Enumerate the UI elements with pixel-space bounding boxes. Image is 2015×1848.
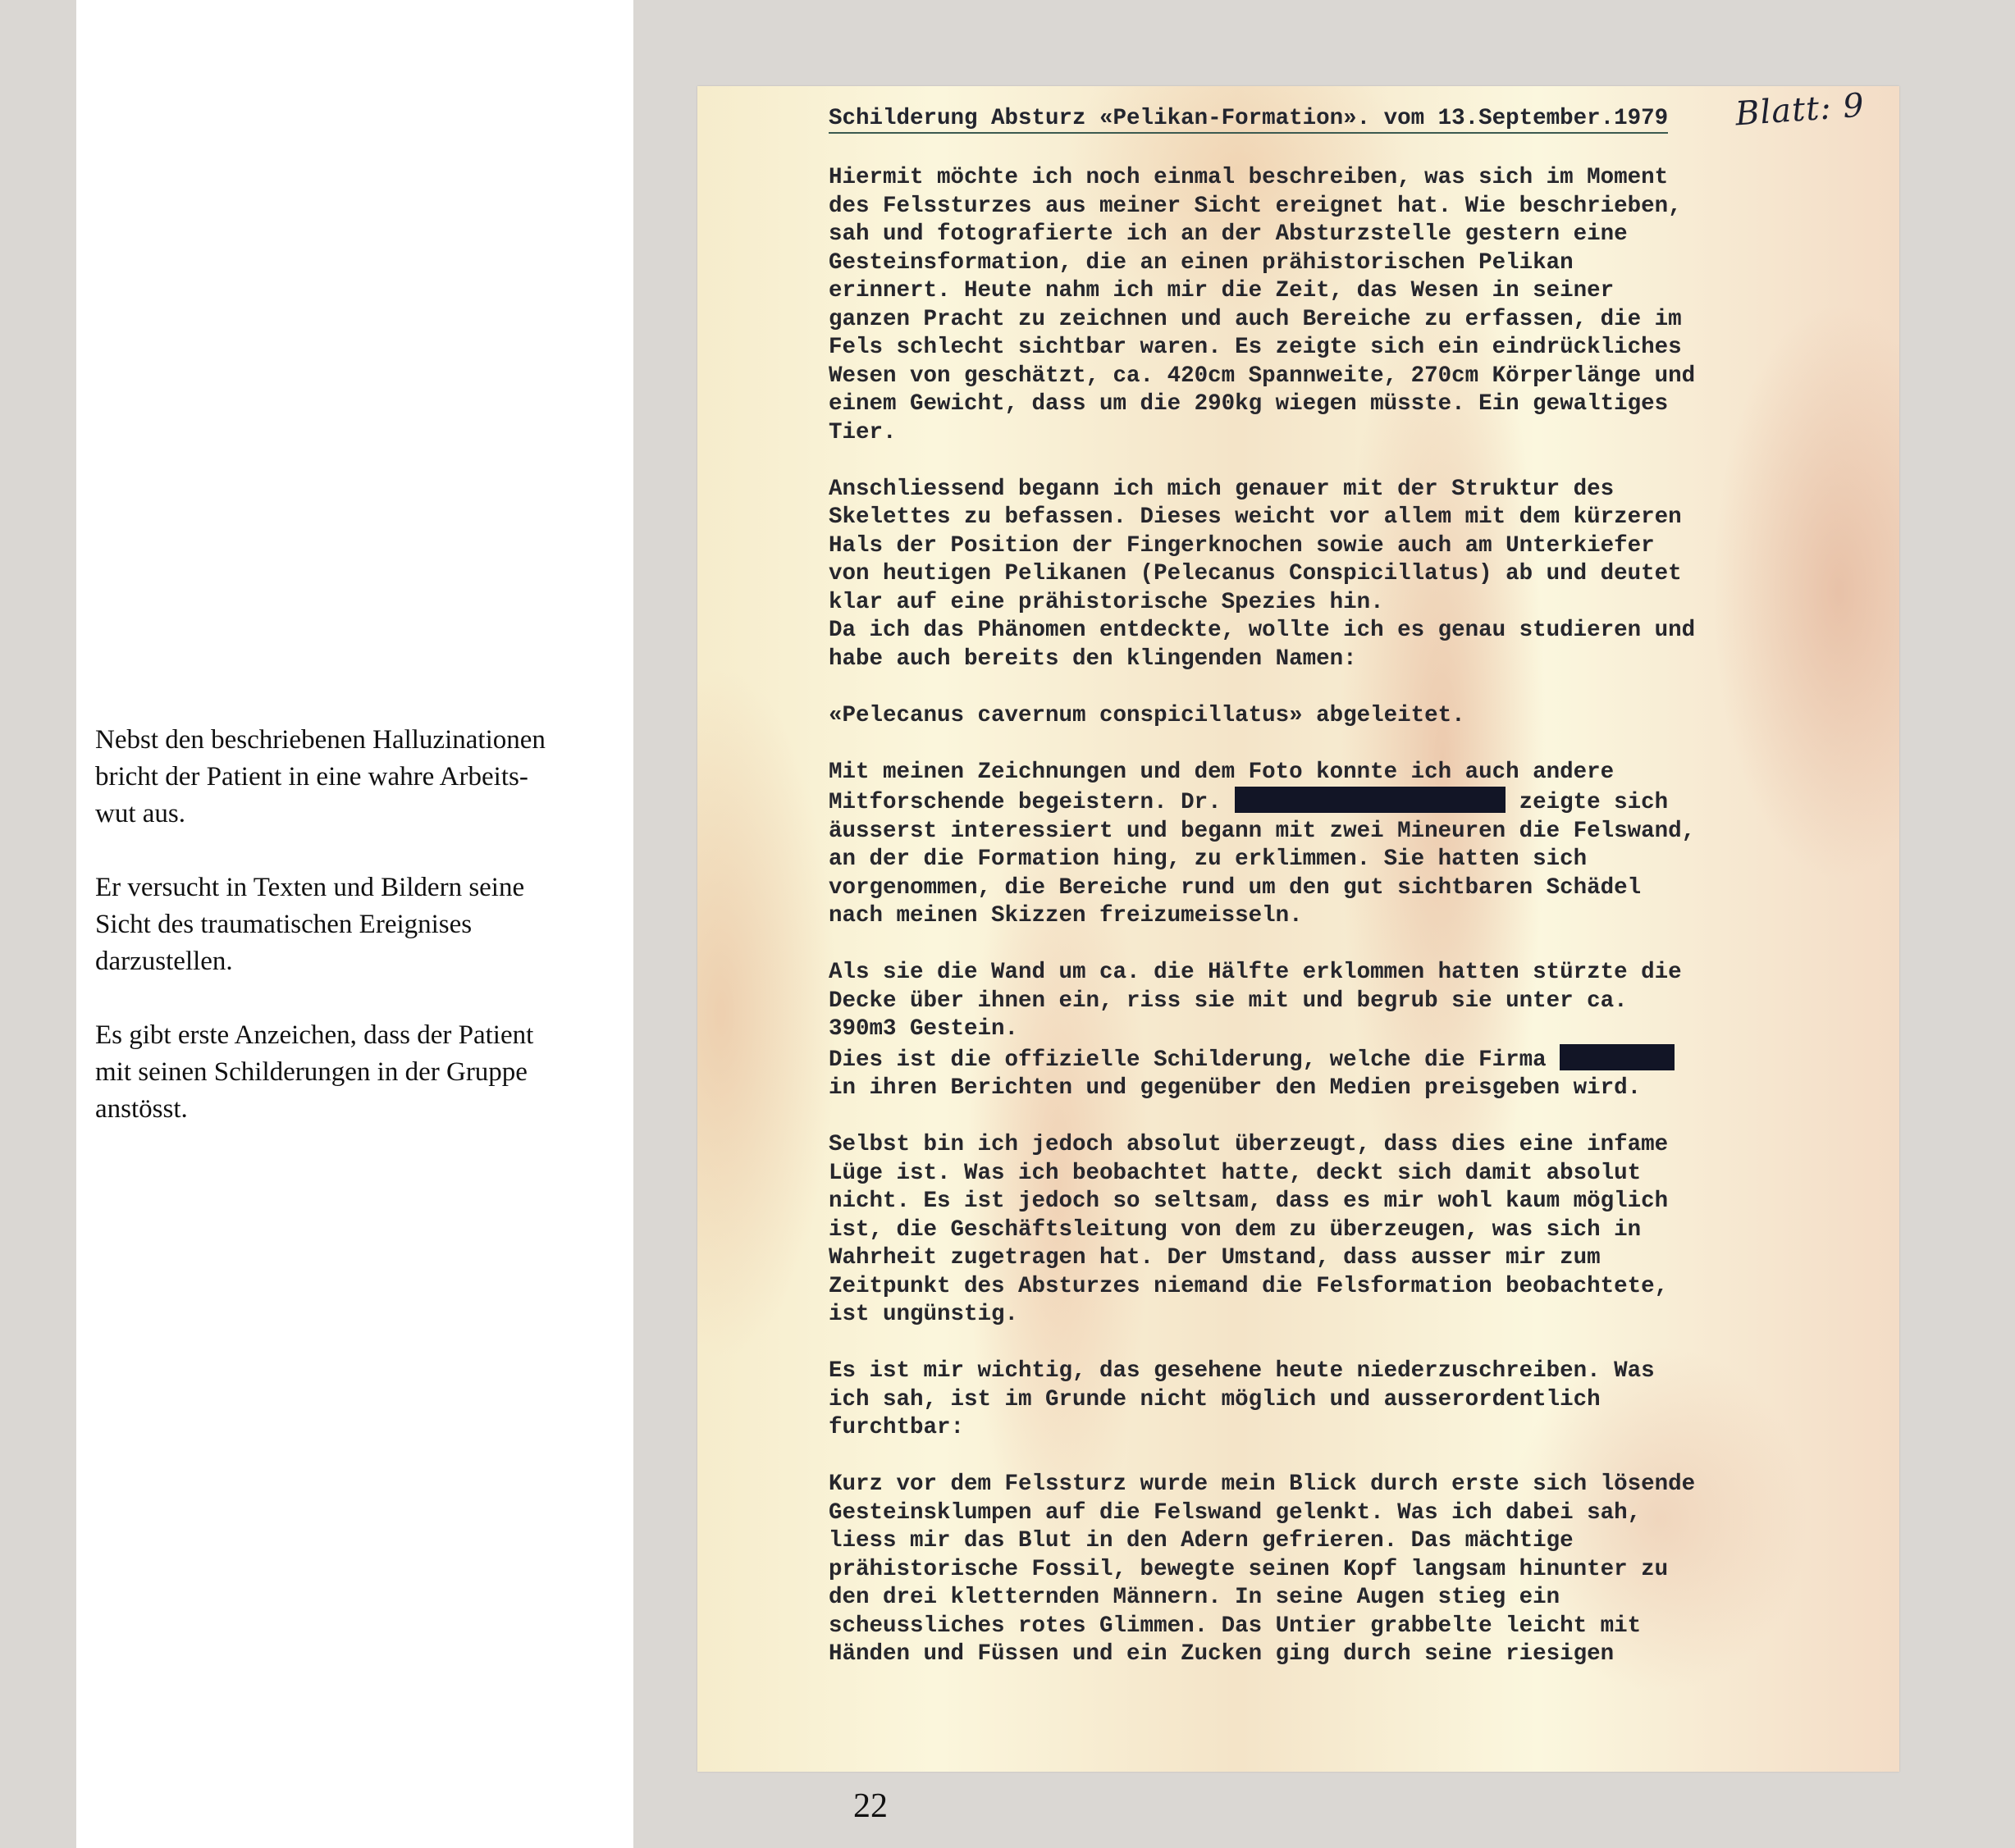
commentary-paragraph-1: Nebst den beschriebenen Halluzinationen … [95,722,620,833]
document-paragraph: Mit meinen Zeichnungen und dem Foto konn… [829,759,1887,931]
document-line: Mit meinen Zeichnungen und dem Foto konn… [829,759,1887,787]
commentary-line: darzustellen. [95,943,620,980]
document-line: Als sie die Wand um ca. die Hälfte erklo… [829,959,1887,988]
document-line: «Pelecanus cavernum conspicillatus» abge… [829,702,1887,731]
document-line: ist ungünstig. [829,1301,1887,1330]
document-line: Anschliessend begann ich mich genauer mi… [829,476,1887,504]
commentary-line: Er versucht in Texten und Bildern seine [95,869,620,906]
document-line: nicht. Es ist jedoch so seltsam, dass es… [829,1188,1887,1216]
document-line: äusserst interessiert und begann mit zwe… [829,818,1887,846]
document-line: ich sah, ist im Grunde nicht möglich und… [829,1386,1887,1415]
document-line-text: Mitforschende begeistern. Dr. [829,790,1235,815]
document-line: Zeitpunkt des Absturzes niemand die Fels… [829,1273,1887,1302]
document-line: Da ich das Phänomen entdeckte, wollte ic… [829,617,1887,646]
redaction-bar [1560,1044,1675,1070]
document-line: furchtbar: [829,1414,1887,1443]
document-paragraph: «Pelecanus cavernum conspicillatus» abge… [829,702,1887,731]
document-line-text: Dies ist die offizielle Schilderung, wel… [829,1047,1560,1073]
document-line: Hiermit möchte ich noch einmal beschreib… [829,164,1887,193]
document-line: Skelettes zu befassen. Dieses weicht vor… [829,504,1887,532]
commentary-line: wut aus. [95,796,620,833]
document-line: ist, die Geschäftsleitung von dem zu übe… [829,1216,1887,1245]
document-paragraph: Hiermit möchte ich noch einmal beschreib… [829,164,1887,447]
document-line: klar auf eine prähistorische Spezies hin… [829,589,1887,618]
document-line: prähistorische Fossil, bewegte seinen Ko… [829,1556,1887,1585]
document-line: Es ist mir wichtig, das gesehene heute n… [829,1357,1887,1386]
document-line: den drei kletternden Männern. In seine A… [829,1584,1887,1613]
document-line: in ihren Berichten und gegenüber den Med… [829,1075,1887,1103]
commentary-panel: Nebst den beschriebenen Halluzinationen … [76,0,633,1848]
document-line: scheussliches rotes Glimmen. Das Untier … [829,1613,1887,1641]
document-paragraph: Kurz vor dem Felssturz wurde mein Blick … [829,1471,1887,1669]
document-line: liess mir das Blut in den Adern gefriere… [829,1527,1887,1556]
document-line: nach meinen Skizzen freizumeisseln. [829,902,1887,931]
document-line: sah und fotografierte ich an der Absturz… [829,221,1887,249]
document-line: Dies ist die offizielle Schilderung, wel… [829,1044,1887,1075]
document-line: 390m3 Gestein. [829,1015,1887,1044]
document-paragraph: Anschliessend begann ich mich genauer mi… [829,476,1887,674]
commentary-line: bricht der Patient in eine wahre Arbeits… [95,759,620,796]
document-line: Gesteinsklumpen auf die Felswand gelenkt… [829,1499,1887,1528]
commentary-text: Nebst den beschriebenen Halluzinationen … [95,722,620,1165]
document-line: habe auch bereits den klingenden Namen: [829,646,1887,674]
redaction-bar [1235,787,1506,813]
document-line: Kurz vor dem Felssturz wurde mein Blick … [829,1471,1887,1499]
document-line: von heutigen Pelikanen (Pelecanus Conspi… [829,560,1887,589]
document-line: ganzen Pracht zu zeichnen und auch Berei… [829,306,1887,335]
document-line: Händen und Füssen und ein Zucken ging du… [829,1640,1887,1669]
commentary-line: anstösst. [95,1091,620,1128]
commentary-paragraph-3: Es gibt erste Anzeichen, dass der Patien… [95,1017,620,1128]
document-paragraph: Es ist mir wichtig, das gesehene heute n… [829,1357,1887,1443]
document-line: vorgenommen, die Bereiche rund um den gu… [829,874,1887,903]
document-title: Schilderung Absturz «Pelikan-Formation».… [829,106,1668,134]
document-line-text: zeigte sich [1506,790,1668,815]
document-line: Hals der Position der Fingerknochen sowi… [829,532,1887,561]
typewritten-document-scan: Blatt: 9 Schilderung Absturz «Pelikan-Fo… [697,86,1899,1772]
document-line: Lüge ist. Was ich beobachtet hatte, deck… [829,1160,1887,1189]
document-line: einem Gewicht, dass um die 290kg wiegen … [829,390,1887,419]
commentary-line: mit seinen Schilderungen in der Gruppe [95,1054,620,1091]
commentary-line: Nebst den beschriebenen Halluzinationen [95,722,620,759]
document-line: erinnert. Heute nahm ich mir die Zeit, d… [829,277,1887,306]
document-line: Selbst bin ich jedoch absolut überzeugt,… [829,1131,1887,1160]
commentary-paragraph-2: Er versucht in Texten und Bildern seine … [95,869,620,980]
document-paragraph: Selbst bin ich jedoch absolut überzeugt,… [829,1131,1887,1330]
document-line: Wesen von geschätzt, ca. 420cm Spannweit… [829,363,1887,391]
document-line: Tier. [829,419,1887,448]
document-paragraph: Als sie die Wand um ca. die Hälfte erklo… [829,959,1887,1103]
document-body: Hiermit möchte ich noch einmal beschreib… [829,164,1887,1697]
commentary-line: Sicht des traumatischen Ereignises [95,906,620,943]
document-line: Mitforschende begeistern. Dr. zeigte sic… [829,787,1887,818]
document-line: Gesteinsformation, die an einen prähisto… [829,249,1887,278]
document-line: des Felssturzes aus meiner Sicht ereigne… [829,193,1887,221]
document-line: Decke über ihnen ein, riss sie mit und b… [829,988,1887,1016]
document-line: Fels schlecht sichtbar waren. Es zeigte … [829,334,1887,363]
commentary-line: Es gibt erste Anzeichen, dass der Patien… [95,1017,620,1054]
page-number: 22 [853,1786,888,1826]
document-line: an der die Formation hing, zu erklimmen.… [829,846,1887,874]
handwritten-sheet-label: Blatt: 9 [1734,87,1867,134]
document-line: Wahrheit zugetragen hat. Der Umstand, da… [829,1244,1887,1273]
